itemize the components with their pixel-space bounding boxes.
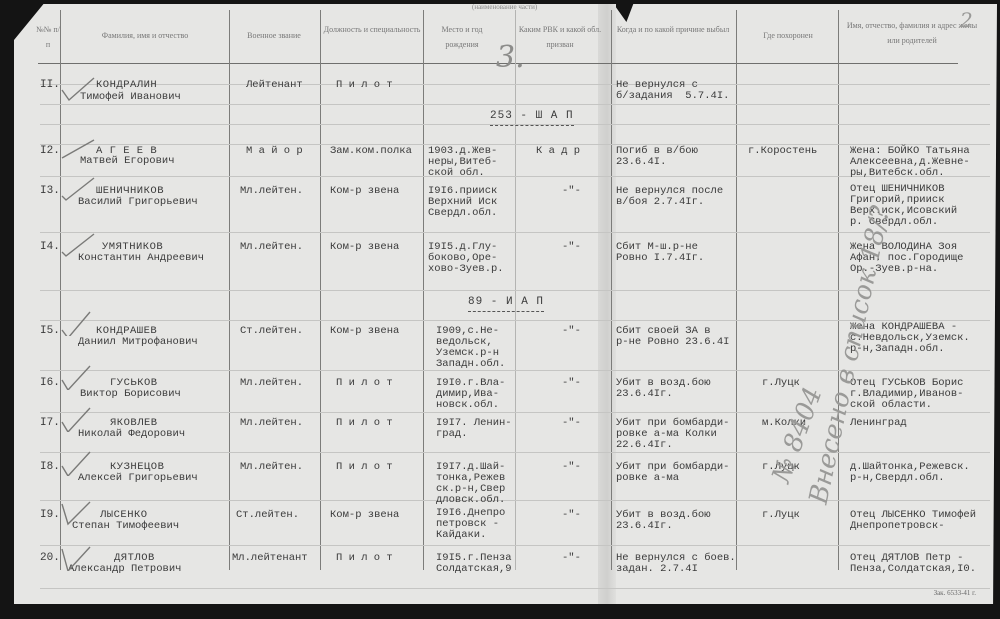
row-rank: Мл.лейтен. xyxy=(240,186,303,197)
check-mark-icon xyxy=(60,545,96,571)
row-rank: Мл.лейтен. xyxy=(240,462,303,473)
row-birth: 1903.д.Жев- неры,Витеб- ской обл. xyxy=(428,146,497,179)
unit-name-caption: (наименование части) xyxy=(472,3,537,11)
check-mark-icon xyxy=(60,232,96,258)
row-given-name: Константин Андреевич xyxy=(78,253,204,264)
ruled-line xyxy=(40,84,990,85)
row-reason: Убит при бомбарди- ровке а-ма xyxy=(616,462,729,484)
col-header-burial: Где похоронен xyxy=(738,28,838,43)
row-rvk: -"- xyxy=(562,242,581,253)
row-reason: Убит в возд.бою 23.6.4Iг. xyxy=(616,510,711,532)
row-num: I6. xyxy=(40,378,60,389)
unit-heading-89: 89 - И А П xyxy=(468,296,544,312)
ruled-line xyxy=(40,176,990,177)
ruled-line xyxy=(40,500,990,501)
row-rvk: К а д р xyxy=(536,146,580,157)
row-position: Ком-р звена xyxy=(330,242,399,253)
check-mark-icon xyxy=(60,406,96,432)
row-position: П и л о т xyxy=(336,418,393,429)
row-birth: I9I7. Ленин- град. xyxy=(436,418,512,440)
check-mark-icon xyxy=(60,310,96,336)
row-rvk: -"- xyxy=(562,553,581,564)
row-given-name: Даниил Митрофанович xyxy=(78,337,198,348)
row-rvk: -"- xyxy=(562,326,581,337)
row-reason: Сбит М-ш.р-не Ровно I.7.4Iг. xyxy=(616,242,704,264)
ruled-line xyxy=(40,452,990,453)
ruled-line xyxy=(40,104,990,105)
row-rank: Мл.лейтенант xyxy=(232,553,308,564)
row-reason: Сбит своей ЗА в р-не Ровно 23.6.4I xyxy=(616,326,729,348)
ruled-line xyxy=(40,545,990,546)
row-burial: г.Луцк xyxy=(762,378,800,389)
row-rvk: -"- xyxy=(562,510,581,521)
check-mark-icon xyxy=(60,364,96,390)
col-header-rvk: Каким РВК и какой обл. призван xyxy=(518,22,602,52)
handwritten-sheet-number: 3. xyxy=(496,40,525,75)
row-num: I4. xyxy=(40,242,60,253)
row-burial: г.Луцк xyxy=(762,510,800,521)
check-mark-icon xyxy=(60,500,96,526)
col-header-num: №№ п/п xyxy=(36,22,60,52)
col-header-rank: Военное звание xyxy=(230,28,318,43)
row-birth: I9I7.д.Шай- тонка,Режев ск.р-н,Свер длов… xyxy=(436,462,505,506)
ruled-line xyxy=(40,588,990,589)
handwritten-page-number: 2 xyxy=(960,8,973,32)
row-birth: I9I5.д.Глу- боково,Оре- хово-Зуев.р. xyxy=(428,242,504,275)
row-rvk: -"- xyxy=(562,418,581,429)
row-burial: г.Коростень xyxy=(748,146,817,157)
col-header-birth: Место и год рождения xyxy=(424,22,500,52)
row-reason: Не вернулся после в/боя 2.7.4Iг. xyxy=(616,186,723,208)
row-kin: Отец ДЯТЛОВ Петр - Пенза,Солдатская,I0. xyxy=(850,553,976,575)
row-reason: Не вернулся с б/задания 5.7.4I. xyxy=(616,80,729,102)
col-header-position: Должность и специальность xyxy=(322,22,422,37)
row-rvk: -"- xyxy=(562,462,581,473)
row-birth: I9I0.г.Вла- димир,Ива- новск.обл. xyxy=(436,378,505,411)
row-position: П и л о т xyxy=(336,80,393,91)
row-num: I5. xyxy=(40,326,60,337)
row-kin: Ленинград xyxy=(850,418,907,429)
row-num: I8. xyxy=(40,462,60,473)
row-birth: I909,с.Не- ведольск, Уземск.р-н Западн.о… xyxy=(436,326,505,370)
check-mark-icon xyxy=(60,176,96,202)
row-position: П и л о т xyxy=(336,378,393,389)
row-kin: Отец ЛЫСЕНКО Тимофей Днепропетровск- xyxy=(850,510,976,532)
row-birth: I9I6.Днепро петровск - Кайдаки. xyxy=(436,508,505,541)
row-num: I7. xyxy=(40,418,60,429)
check-mark-icon xyxy=(60,76,96,102)
row-reason: Погиб в в/бою 23.6.4I. xyxy=(616,146,698,168)
row-kin: Жена: БОЙКО Татьяна Алексеевна,д.Жевне- … xyxy=(850,146,970,179)
row-birth: I9I5.г.Пенза Солдатская,9 xyxy=(436,553,512,575)
row-kin: д.Шайтонка,Режевск. р-н,Свердл.обл. xyxy=(850,462,970,484)
row-num: II. xyxy=(40,80,60,91)
row-given-name: Виктор Борисович xyxy=(80,389,181,400)
row-kin: Отец ГУСЬКОВ Борис г.Владимир,Иванов- ск… xyxy=(850,378,963,411)
unit-heading-253: 253 - Ш А П xyxy=(490,110,574,126)
row-position: Ком-р звена xyxy=(330,510,399,521)
row-birth: I9I6.прииск Верхний Иск Свердл.обл. xyxy=(428,186,497,219)
col-header-reason: Когда и по какой причине выбыл xyxy=(614,22,732,37)
row-position: Ком-р звена xyxy=(330,326,399,337)
row-position: П и л о т xyxy=(336,462,393,473)
row-reason: Убит при бомбарди- ровке а-ма Колки 22.6… xyxy=(616,418,729,451)
row-rank: Лейтенант xyxy=(246,80,303,91)
row-rank: Ст.лейтен. xyxy=(236,510,299,521)
row-reason: Убит в возд.бою 23.6.4Iг. xyxy=(616,378,711,400)
row-rank: Мл.лейтен. xyxy=(240,378,303,389)
row-rvk: -"- xyxy=(562,378,581,389)
row-surname: КОНДРАЛИН xyxy=(96,80,157,91)
row-position: Зам.ком.полка xyxy=(330,146,412,157)
row-num: 20. xyxy=(40,553,60,564)
check-mark-icon xyxy=(60,450,96,476)
ruled-line xyxy=(40,232,990,233)
paper-fold xyxy=(598,4,616,604)
row-reason: Не вернулся с боев. задан. 2.7.4I xyxy=(616,553,736,575)
row-rank: М а й о р xyxy=(246,146,303,157)
row-num: I2. xyxy=(40,146,60,157)
row-rank: Мл.лейтен. xyxy=(240,418,303,429)
row-num: I3. xyxy=(40,186,60,197)
ruled-line xyxy=(40,144,990,145)
row-position: П и л о т xyxy=(336,553,393,564)
check-mark-icon xyxy=(60,138,96,164)
row-rvk: -"- xyxy=(562,186,581,197)
row-num: I9. xyxy=(40,510,60,521)
print-order-number: Зак. 6533-41 г. xyxy=(934,589,976,597)
row-rank: Мл.лейтен. xyxy=(240,242,303,253)
row-rank: Ст.лейтен. xyxy=(240,326,303,337)
row-position: Ком-р звена xyxy=(330,186,399,197)
col-header-name: Фамилия, имя и отчество xyxy=(62,28,228,43)
